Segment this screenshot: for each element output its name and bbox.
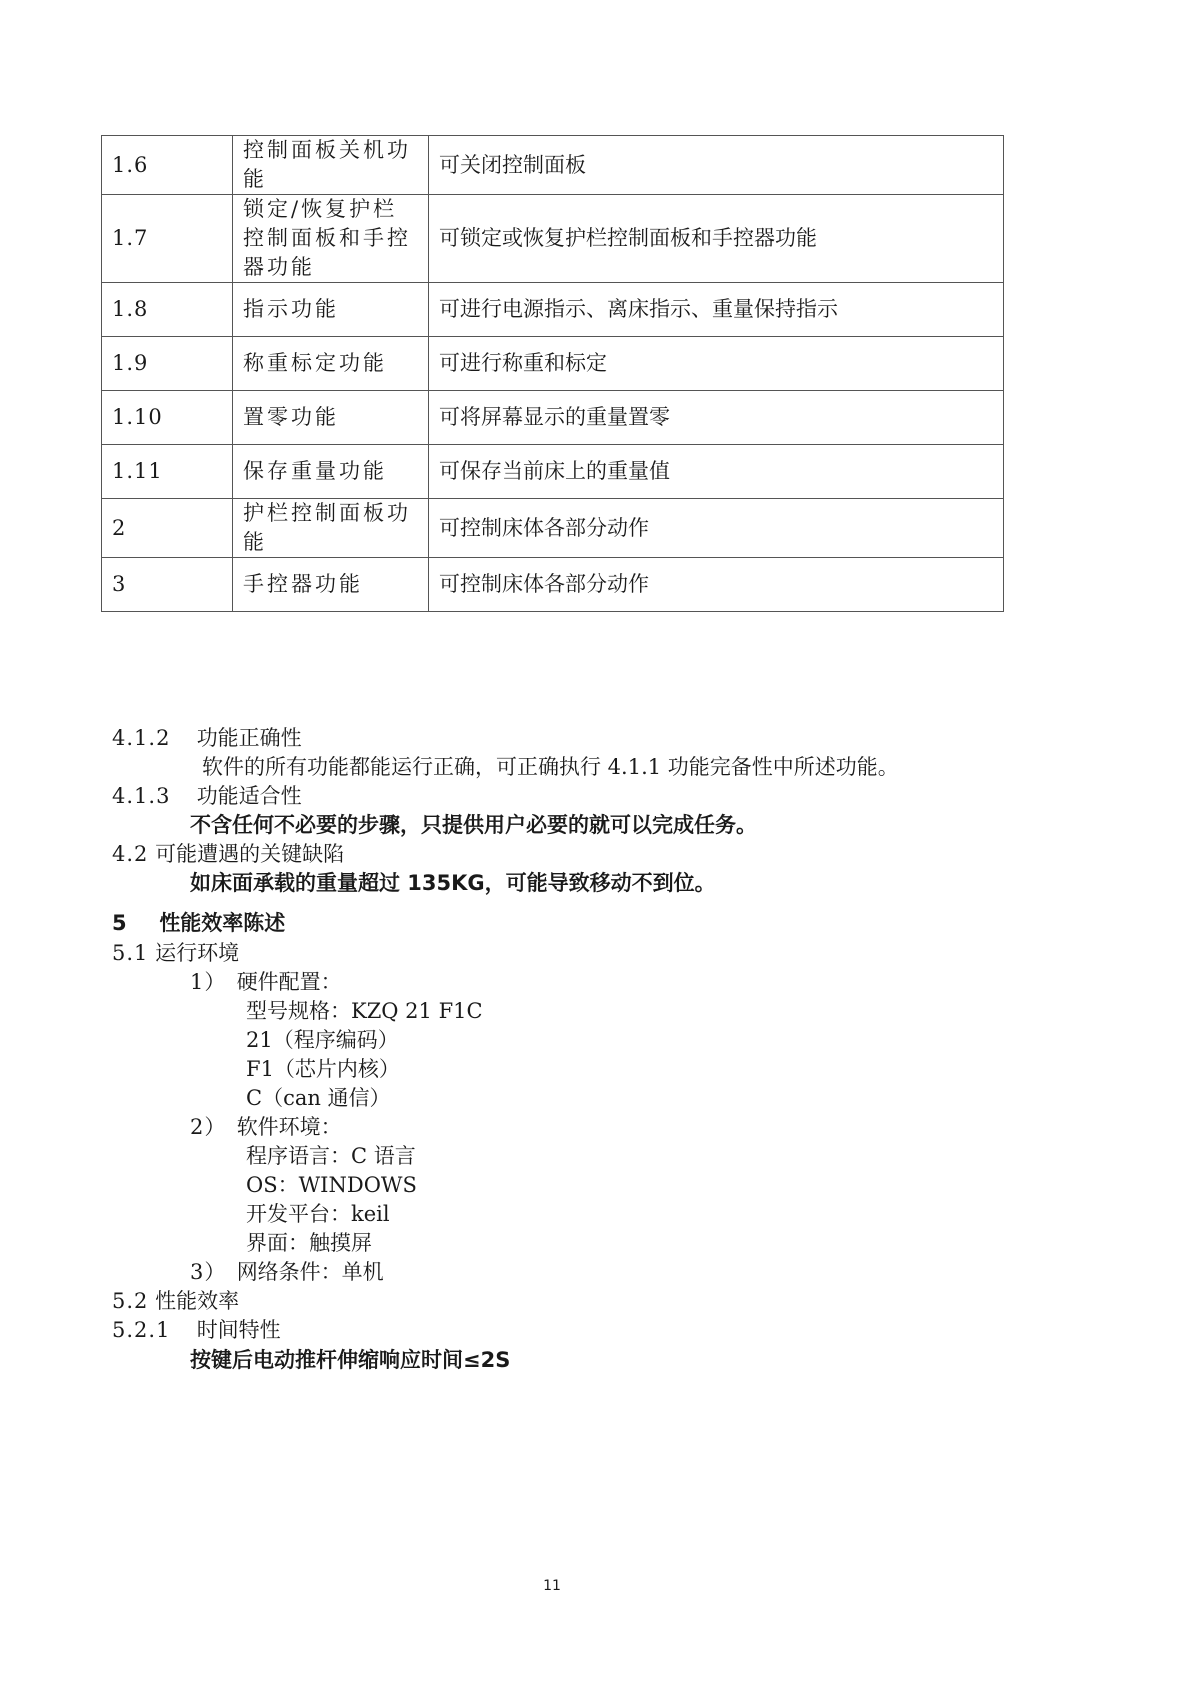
row-description: 可进行电源指示、离床指示、重量保持指示 — [429, 283, 1004, 337]
table-row: 1.8 指示功能 可进行电源指示、离床指示、重量保持指示 — [102, 283, 1004, 337]
row-id: 1.7 — [102, 195, 233, 283]
section-number: 4.2 — [112, 840, 148, 868]
table-row: 1.10 置零功能 可将屏幕显示的重量置零 — [102, 391, 1004, 445]
row-id: 1.8 — [102, 283, 233, 337]
table-row: 1.7 锁定/恢复护栏控制面板和手控器功能 可锁定或恢复护栏控制面板和手控器功能 — [102, 195, 1004, 283]
section-title: 可能遭遇的关键缺陷 — [155, 842, 344, 866]
heading-5-1: 5.1 运行环境 — [112, 939, 239, 967]
list-marker: 2） — [190, 1113, 230, 1141]
row-function-name: 保存重量功能 — [233, 445, 429, 499]
function-table: 1.6 控制面板关机功能 可关闭控制面板 1.7 锁定/恢复护栏控制面板和手控器… — [101, 135, 1004, 612]
row-function-name: 称重标定功能 — [233, 337, 429, 391]
software-detail: OS：WINDOWS — [246, 1171, 417, 1199]
table-row: 3 手控器功能 可控制床体各部分动作 — [102, 558, 1004, 612]
row-description: 可进行称重和标定 — [429, 337, 1004, 391]
list-label: 软件环境： — [237, 1115, 342, 1139]
section-number: 5.1 — [112, 939, 148, 967]
table-row: 1.9 称重标定功能 可进行称重和标定 — [102, 337, 1004, 391]
hardware-detail: 型号规格：KZQ 21 F1C — [246, 997, 483, 1025]
row-function-name: 控制面板关机功能 — [233, 136, 429, 195]
table-row: 2 护栏控制面板功能 可控制床体各部分动作 — [102, 499, 1004, 558]
row-function-name: 置零功能 — [233, 391, 429, 445]
list-marker: 3） — [190, 1258, 230, 1286]
page-number: 11 — [0, 1578, 1104, 1594]
document-page: 1.6 控制面板关机功能 可关闭控制面板 1.7 锁定/恢复护栏控制面板和手控器… — [0, 0, 1199, 1696]
paragraph-5-2-1: 按键后电动推杆伸缩响应时间≤2S — [190, 1346, 510, 1374]
row-description: 可控制床体各部分动作 — [429, 499, 1004, 558]
hardware-detail: F1（芯片内核） — [246, 1055, 400, 1083]
row-description: 可关闭控制面板 — [429, 136, 1004, 195]
row-description: 可锁定或恢复护栏控制面板和手控器功能 — [429, 195, 1004, 283]
list-item-software: 2） 软件环境： — [190, 1113, 342, 1141]
row-id: 3 — [102, 558, 233, 612]
row-function-name: 锁定/恢复护栏控制面板和手控器功能 — [233, 195, 429, 283]
row-id: 2 — [102, 499, 233, 558]
section-title: 运行环境 — [155, 941, 239, 965]
row-id: 1.11 — [102, 445, 233, 499]
software-detail: 界面：触摸屏 — [246, 1229, 372, 1257]
list-marker: 1） — [190, 968, 230, 996]
list-item-hardware: 1） 硬件配置： — [190, 968, 342, 996]
heading-4-1-2: 4.1.2 功能正确性 — [112, 724, 302, 752]
row-description: 可保存当前床上的重量值 — [429, 445, 1004, 499]
section-title: 性能效率陈述 — [159, 911, 285, 935]
section-title: 性能效率 — [155, 1289, 239, 1313]
section-number: 5 — [112, 909, 152, 937]
section-number: 5.2.1 — [112, 1316, 190, 1344]
hardware-detail: 21（程序编码） — [246, 1026, 399, 1054]
table-row: 1.6 控制面板关机功能 可关闭控制面板 — [102, 136, 1004, 195]
heading-4-1-3: 4.1.3 功能适合性 — [112, 782, 302, 810]
section-title: 时间特性 — [197, 1318, 281, 1342]
row-function-name: 指示功能 — [233, 283, 429, 337]
paragraph-4-2: 如床面承载的重量超过 135KG，可能导致移动不到位。 — [190, 869, 716, 897]
row-description: 可控制床体各部分动作 — [429, 558, 1004, 612]
heading-5-2: 5.2 性能效率 — [112, 1287, 239, 1315]
section-number: 4.1.2 — [112, 724, 190, 752]
paragraph-4-1-3: 不含任何不必要的步骤，只提供用户必要的就可以完成任务。 — [190, 811, 757, 839]
list-label: 硬件配置： — [237, 970, 342, 994]
heading-4-2: 4.2 可能遭遇的关键缺陷 — [112, 840, 344, 868]
row-id: 1.6 — [102, 136, 233, 195]
hardware-detail: C（can 通信） — [246, 1084, 391, 1112]
heading-5-2-1: 5.2.1 时间特性 — [112, 1316, 281, 1344]
row-description: 可将屏幕显示的重量置零 — [429, 391, 1004, 445]
row-id: 1.10 — [102, 391, 233, 445]
section-number: 4.1.3 — [112, 782, 190, 810]
software-detail: 程序语言：C 语言 — [246, 1142, 416, 1170]
row-function-name: 手控器功能 — [233, 558, 429, 612]
heading-5: 5 性能效率陈述 — [112, 909, 285, 937]
list-label: 网络条件：单机 — [237, 1260, 384, 1284]
table-row: 1.11 保存重量功能 可保存当前床上的重量值 — [102, 445, 1004, 499]
section-number: 5.2 — [112, 1287, 148, 1315]
section-title: 功能正确性 — [197, 726, 302, 750]
paragraph-4-1-2: 软件的所有功能都能运行正确，可正确执行 4.1.1 功能完备性中所述功能。 — [202, 753, 899, 781]
section-title: 功能适合性 — [197, 784, 302, 808]
list-item-network: 3） 网络条件：单机 — [190, 1258, 384, 1286]
row-id: 1.9 — [102, 337, 233, 391]
row-function-name: 护栏控制面板功能 — [233, 499, 429, 558]
software-detail: 开发平台：keil — [246, 1200, 390, 1228]
